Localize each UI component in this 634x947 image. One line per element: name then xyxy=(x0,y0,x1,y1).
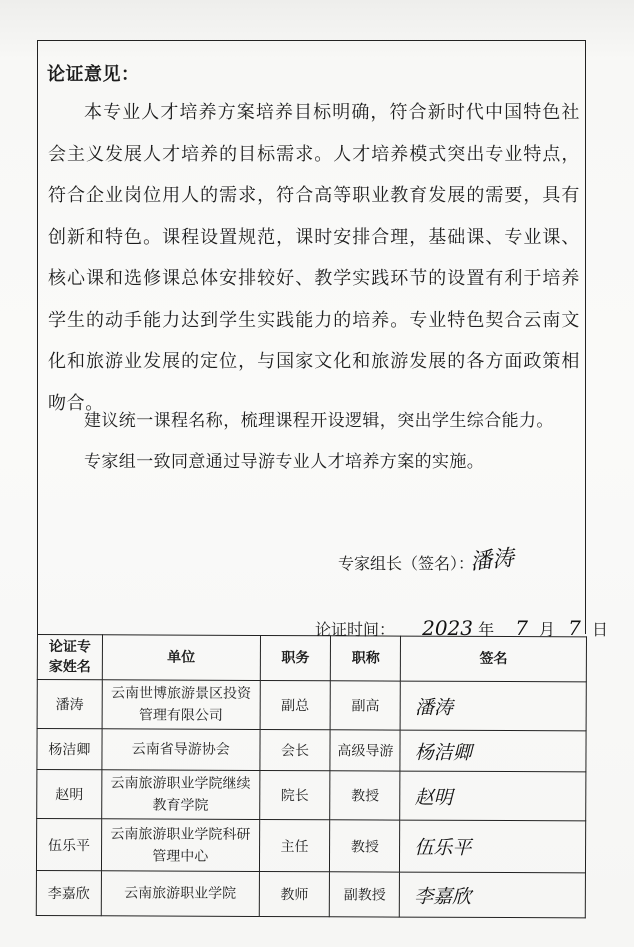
expert-unit: 云南世博旅游景区投资管理有限公司 xyxy=(102,680,260,730)
expert-position: 主任 xyxy=(259,819,330,871)
leader-handwritten-signature: 潘涛 xyxy=(469,541,516,576)
expert-signature: 李嘉欣 xyxy=(400,872,586,918)
table-row: 赵明 云南旅游职业学院继续教育学院 院长 教授 赵明 xyxy=(37,770,586,821)
expert-name: 杨洁卿 xyxy=(37,729,102,770)
expert-position: 教师 xyxy=(259,871,330,916)
table-header-row: 论证专家姓名 单位 职务 职称 签名 xyxy=(37,635,586,682)
date-day-unit: 日 xyxy=(592,617,608,640)
expert-signature: 赵明 xyxy=(400,771,586,821)
expert-title: 高级导游 xyxy=(330,730,400,771)
opinion-paragraph-main: 本专业人才培养方案培养目标明确，符合新时代中国特色社会主义发展人才培养的目标需求… xyxy=(48,92,580,424)
opinion-paragraph-suggestion: 建议统一课程名称，梳理课程开设逻辑，突出学生综合能力。 xyxy=(84,401,584,443)
expert-title: 教授 xyxy=(330,820,400,872)
header-title: 职称 xyxy=(331,636,401,681)
expert-name: 赵明 xyxy=(37,770,102,819)
expert-name: 李嘉欣 xyxy=(36,870,101,915)
opinion-heading: 论证意见： xyxy=(47,60,140,86)
expert-title: 副高 xyxy=(331,681,401,730)
opinion-paragraph-conclusion: 专家组一致同意通过导游专业人才培养方案的实施。 xyxy=(84,442,584,484)
table-row: 李嘉欣 云南旅游职业学院 教师 副教授 李嘉欣 xyxy=(36,870,585,917)
expert-unit: 云南旅游职业学院科研管理中心 xyxy=(101,819,259,872)
expert-title: 教授 xyxy=(330,771,400,820)
header-unit: 单位 xyxy=(102,635,260,681)
table-row: 杨洁卿 云南省导游协会 会长 高级导游 杨洁卿 xyxy=(37,729,586,772)
experts-table: 论证专家姓名 单位 职务 职称 签名 潘涛 云南世博旅游景区投资管理有限公司 副… xyxy=(36,634,587,918)
expert-signature: 杨洁卿 xyxy=(400,730,586,772)
header-position: 职务 xyxy=(260,635,331,680)
leader-signature-label: 专家组长（签名）： xyxy=(338,551,474,574)
expert-name: 潘涛 xyxy=(37,680,102,729)
table-row: 伍乐平 云南旅游职业学院科研管理中心 主任 教授 伍乐平 xyxy=(36,819,585,873)
expert-position: 会长 xyxy=(259,729,330,770)
expert-signature: 伍乐平 xyxy=(400,820,586,873)
expert-position: 副总 xyxy=(260,680,331,729)
expert-unit: 云南旅游职业学院继续教育学院 xyxy=(102,770,260,820)
expert-signature: 潘涛 xyxy=(400,681,586,731)
header-signature: 签名 xyxy=(401,636,587,682)
table-row: 潘涛 云南世博旅游景区投资管理有限公司 副总 副高 潘涛 xyxy=(37,680,586,731)
expert-unit: 云南旅游职业学院 xyxy=(101,871,259,917)
expert-position: 院长 xyxy=(259,770,330,819)
expert-unit: 云南省导游协会 xyxy=(102,729,260,771)
header-expert-name: 论证专家姓名 xyxy=(37,635,102,680)
expert-title: 副教授 xyxy=(330,872,400,917)
expert-name: 伍乐平 xyxy=(36,819,101,871)
